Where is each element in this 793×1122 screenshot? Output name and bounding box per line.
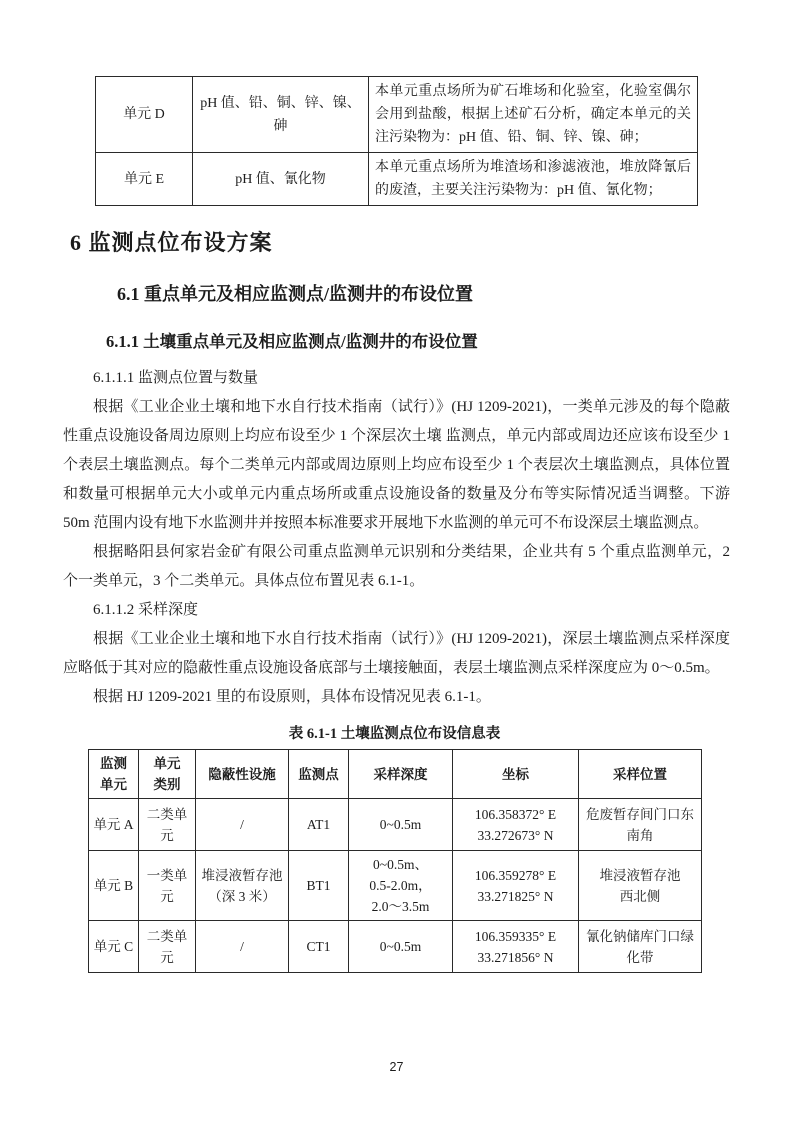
unit-cell: 单元 C (89, 921, 139, 973)
table-row: 单元 B 一类单元 堆浸液暂存池 （深 3 米） BT1 0~0.5m、 0.5… (89, 851, 702, 921)
unit-class-cell: 二类单元 (139, 799, 196, 851)
description-cell: 本单元重点场所为堆渣场和渗滤液池，堆放降氰后的废渣，主要关注污染物为：pH 值、… (369, 153, 698, 206)
unit-cell: 单元 D (96, 77, 193, 153)
table-caption: 表 6.1-1 土壤监测点位布设信息表 (88, 722, 701, 743)
monitoring-point-cell: CT1 (289, 921, 349, 973)
hidden-facility-cell: 堆浸液暂存池 （深 3 米） (196, 851, 289, 921)
unit-cell: 单元 A (89, 799, 139, 851)
subsubsection-title: 6.1.1.1 监测点位置与数量 (63, 364, 730, 393)
unit-cell: 单元 E (96, 153, 193, 206)
pollutants-cell: pH 值、铅、铜、锌、镍、砷 (193, 77, 369, 153)
column-header: 采样位置 (579, 750, 702, 799)
body-text: 6.1.1.1 监测点位置与数量 根据《工业企业土壤和地下水自行技术指南（试行）… (63, 364, 730, 712)
column-header: 隐蔽性设施 (196, 750, 289, 799)
monitoring-point-cell: BT1 (289, 851, 349, 921)
coordinates-cell: 106.359335° E 33.271856° N (453, 921, 579, 973)
column-header: 采样深度 (349, 750, 453, 799)
description-cell: 本单元重点场所为矿石堆场和化验室，化验室偶尔会用到盐酸，根据上述矿石分析，确定本… (369, 77, 698, 153)
sampling-location-cell: 危废暂存间门口东南角 (579, 799, 702, 851)
hidden-facility-cell: / (196, 921, 289, 973)
column-header: 单元 类别 (139, 750, 196, 799)
page-number: 27 (0, 1060, 793, 1074)
table-row: 单元 D pH 值、铅、铜、锌、镍、砷 本单元重点场所为矿石堆场和化验室，化验室… (96, 77, 698, 153)
sampling-depth-cell: 0~0.5m (349, 799, 453, 851)
document-page: 单元 D pH 值、铅、铜、锌、镍、砷 本单元重点场所为矿石堆场和化验室，化验室… (0, 0, 793, 1122)
subsection-heading: 6.1.1 土壤重点单元及相应监测点/监测井的布设位置 (106, 328, 793, 352)
section-heading: 6.1 重点单元及相应监测点/监测井的布设位置 (117, 280, 793, 306)
column-header: 监测点 (289, 750, 349, 799)
paragraph: 根据《工业企业土壤和地下水自行技术指南（试行）》(HJ 1209-2021)，深… (63, 625, 730, 683)
coordinates-cell: 106.358372° E 33.272673° N (453, 799, 579, 851)
unit-class-cell: 一类单元 (139, 851, 196, 921)
table-row: 单元 E pH 值、氰化物 本单元重点场所为堆渣场和渗滤液池，堆放降氰后的废渣，… (96, 153, 698, 206)
subsubsection-title: 6.1.1.2 采样深度 (63, 596, 730, 625)
paragraph: 根据略阳县何家岩金矿有限公司重点监测单元识别和分类结果，企业共有 5 个重点监测… (63, 538, 730, 596)
sampling-location-cell: 堆浸液暂存池 西北侧 (579, 851, 702, 921)
coordinates-cell: 106.359278° E 33.271825° N (453, 851, 579, 921)
table-row: 单元 C 二类单元 / CT1 0~0.5m 106.359335° E 33.… (89, 921, 702, 973)
pollutant-summary-table: 单元 D pH 值、铅、铜、锌、镍、砷 本单元重点场所为矿石堆场和化验室，化验室… (95, 76, 698, 206)
pollutants-cell: pH 值、氰化物 (193, 153, 369, 206)
chapter-heading: 6 监测点位布设方案 (70, 226, 793, 257)
monitoring-point-cell: AT1 (289, 799, 349, 851)
paragraph: 根据《工业企业土壤和地下水自行技术指南（试行）》(HJ 1209-2021)，一… (63, 393, 730, 538)
paragraph: 根据 HJ 1209-2021 里的布设原则，具体布设情况见表 6.1-1。 (63, 683, 730, 712)
soil-monitoring-table: 监测 单元 单元 类别 隐蔽性设施 监测点 采样深度 坐标 采样位置 单元 A … (88, 749, 702, 973)
column-header: 监测 单元 (89, 750, 139, 799)
table-row: 单元 A 二类单元 / AT1 0~0.5m 106.358372° E 33.… (89, 799, 702, 851)
sampling-depth-cell: 0~0.5m (349, 921, 453, 973)
unit-cell: 单元 B (89, 851, 139, 921)
column-header: 坐标 (453, 750, 579, 799)
sampling-location-cell: 氰化钠储库门口绿化带 (579, 921, 702, 973)
sampling-depth-cell: 0~0.5m、 0.5-2.0m， 2.0～3.5m (349, 851, 453, 921)
table-header-row: 监测 单元 单元 类别 隐蔽性设施 监测点 采样深度 坐标 采样位置 (89, 750, 702, 799)
unit-class-cell: 二类单元 (139, 921, 196, 973)
hidden-facility-cell: / (196, 799, 289, 851)
